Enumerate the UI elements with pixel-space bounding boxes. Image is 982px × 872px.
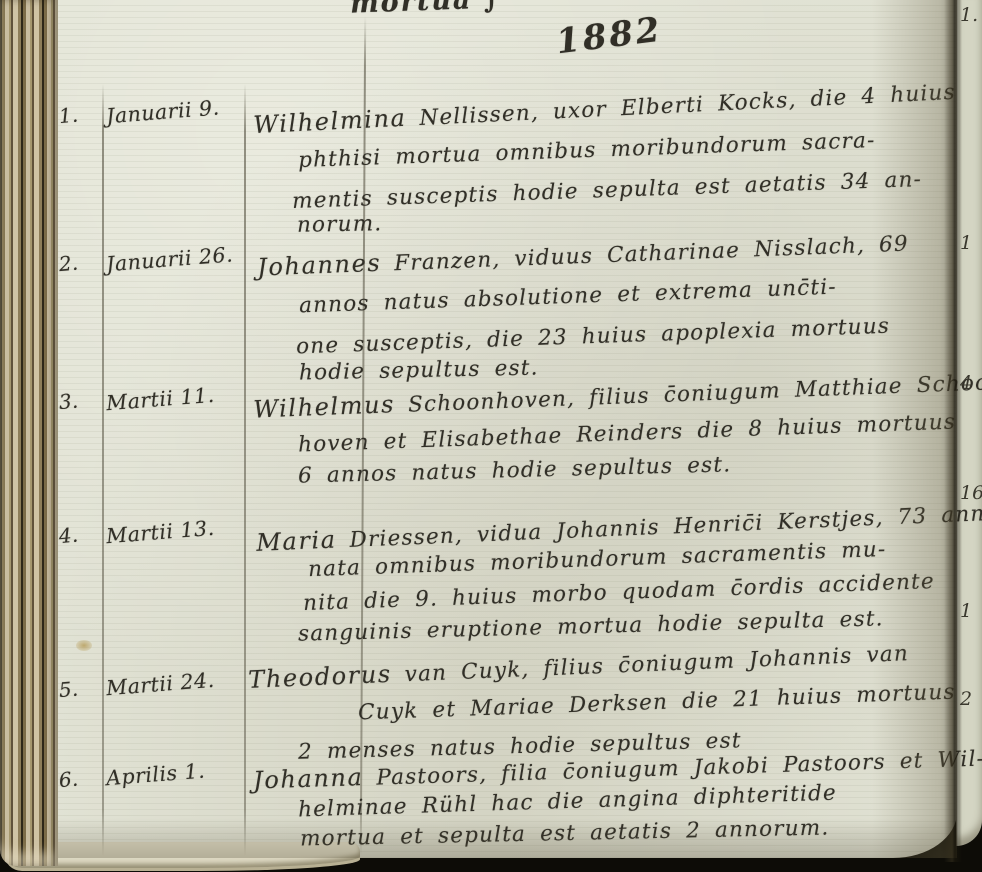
deceased-name: Wilhelmus xyxy=(253,390,396,423)
adjacent-page-number-fragment: 1 xyxy=(960,600,982,622)
deceased-name: Maria xyxy=(256,525,337,556)
deceased-name: Johanna xyxy=(253,763,364,794)
paper-stain xyxy=(76,640,92,651)
column-rule-number xyxy=(102,84,104,856)
adjacent-page-edge xyxy=(956,0,982,846)
column-rule-date xyxy=(244,84,246,856)
entry-line: hodie sepultus est. xyxy=(299,357,539,384)
adjacent-page-number-fragment: 4 xyxy=(960,372,982,394)
deceased-name: Johannes xyxy=(257,249,382,282)
adjacent-page-number-fragment: 2 xyxy=(960,688,982,710)
scanned-register-page: mortua ∫ 1882 1. Januarii 9. WilhelminaN… xyxy=(0,0,982,872)
entry-line: norum. xyxy=(297,213,383,236)
adjacent-page-number-fragment: 16 xyxy=(960,482,982,504)
adjacent-page-number-fragment: 1 xyxy=(960,232,982,254)
deceased-name: Theodorus xyxy=(248,660,393,694)
adjacent-page-number-fragment: 1. xyxy=(960,4,982,26)
book-binding-edge xyxy=(0,0,58,866)
